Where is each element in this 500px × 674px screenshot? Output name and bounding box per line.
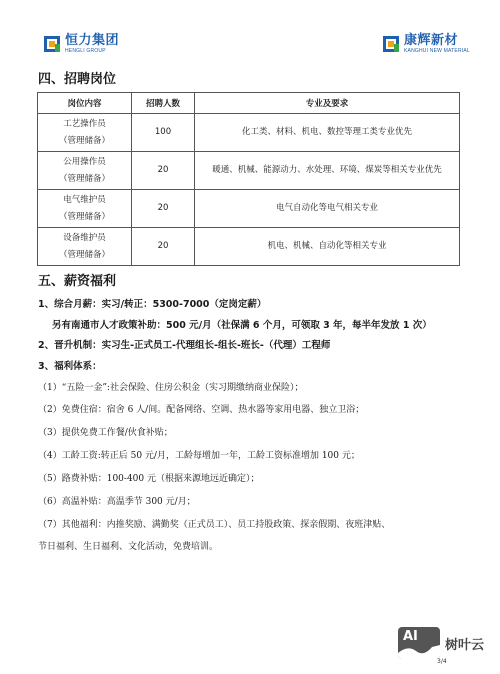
position-cell: 工艺操作员（管理储备） <box>38 114 132 152</box>
watermark: AI 树叶云 <box>398 627 484 659</box>
benefit-item: （2）免费住宿：宿舍 6 人/间。配备网络、空调、热水器等家用电器、独立卫浴； <box>38 402 364 415</box>
table-row: 设备维护员（管理储备） 20 机电、机械、自动化等相关专业 <box>38 228 460 266</box>
hengli-group-logo: 恒力集团 HENGLI GROUP <box>44 34 119 54</box>
header-count: 招聘人数 <box>132 93 195 114</box>
promotion-line: 2、晋升机制：实习生-正式员工-代理组长-组长-班长-（代理）工程师 <box>38 337 330 351</box>
benefit-item: （3）提供免费工作餐/伙食补贴； <box>38 425 173 438</box>
benefit-item: （5）路费补贴：100-400 元（根据来源地远近确定）； <box>38 471 260 484</box>
count-cell: 20 <box>132 152 195 190</box>
kanghui-logo-en: KANGHUI NEW MATERIAL <box>404 49 470 54</box>
position-cell: 电气维护员（管理储备） <box>38 190 132 228</box>
position-cell: 设备维护员（管理储备） <box>38 228 132 266</box>
header-position: 岗位内容 <box>38 93 132 114</box>
kanghui-logo: 康辉新材 KANGHUI NEW MATERIAL <box>383 34 470 54</box>
kanghui-logo-cn: 康辉新材 <box>404 34 470 47</box>
benefits-heading: 3、福利体系： <box>38 358 102 372</box>
count-cell: 20 <box>132 190 195 228</box>
table-row: 电气维护员（管理储备） 20 电气自动化等电气相关专业 <box>38 190 460 228</box>
ai-mountain-icon: AI <box>398 627 440 659</box>
position-cell: 公用操作员（管理储备） <box>38 152 132 190</box>
benefit-item-continued: 节日福利、生日福利、文化活动，免费培训。 <box>38 539 218 552</box>
count-cell: 100 <box>132 114 195 152</box>
section-title-salary: 五、薪资福利 <box>38 270 116 289</box>
watermark-text: 树叶云 <box>445 634 484 653</box>
requirement-cell: 电气自动化等电气相关专业 <box>195 190 460 228</box>
benefit-item: （1）“五险一金”:社会保险、住房公积金（实习期缴纳商业保险）； <box>38 380 303 393</box>
hengli-logo-en: HENGLI GROUP <box>65 49 119 54</box>
header-requirement: 专业及要求 <box>195 93 460 114</box>
recruitment-table: 岗位内容 招聘人数 专业及要求 工艺操作员（管理储备） 100 化工类、材料、机… <box>37 92 460 266</box>
table-row: 公用操作员（管理储备） 20 暖通、机械、能源动力、水处理、环境、煤炭等相关专业… <box>38 152 460 190</box>
table-header-row: 岗位内容 招聘人数 专业及要求 <box>38 93 460 114</box>
count-cell: 20 <box>132 228 195 266</box>
salary-line: 1、综合月薪：实习/转正：5300-7000（定岗定薪） <box>38 296 266 310</box>
page-number: 3/4 <box>437 658 447 665</box>
benefit-item: （7）其他福利：内推奖励、满勤奖（正式员工）、员工持股政策、探亲假期、夜班津贴、 <box>38 517 390 530</box>
subsidy-line: 另有南通市人才政策补助：500 元/月（社保满 6 个月，可领取 3 年，每半年… <box>52 317 432 331</box>
hengli-logo-icon <box>44 36 60 52</box>
requirement-cell: 机电、机械、自动化等相关专业 <box>195 228 460 266</box>
benefit-item: （6）高温补贴：高温季节 300 元/月； <box>38 494 196 507</box>
section-title-recruitment: 四、招聘岗位 <box>38 68 116 87</box>
requirement-cell: 化工类、材料、机电、数控等理工类专业优先 <box>195 114 460 152</box>
requirement-cell: 暖通、机械、能源动力、水处理、环境、煤炭等相关专业优先 <box>195 152 460 190</box>
hengli-logo-cn: 恒力集团 <box>65 34 119 47</box>
kanghui-logo-icon <box>383 36 399 52</box>
benefit-item: （4）工龄工资:转正后 50 元/月，工龄每增加一年，工龄工资标准增加 100 … <box>38 448 360 461</box>
table-row: 工艺操作员（管理储备） 100 化工类、材料、机电、数控等理工类专业优先 <box>38 114 460 152</box>
